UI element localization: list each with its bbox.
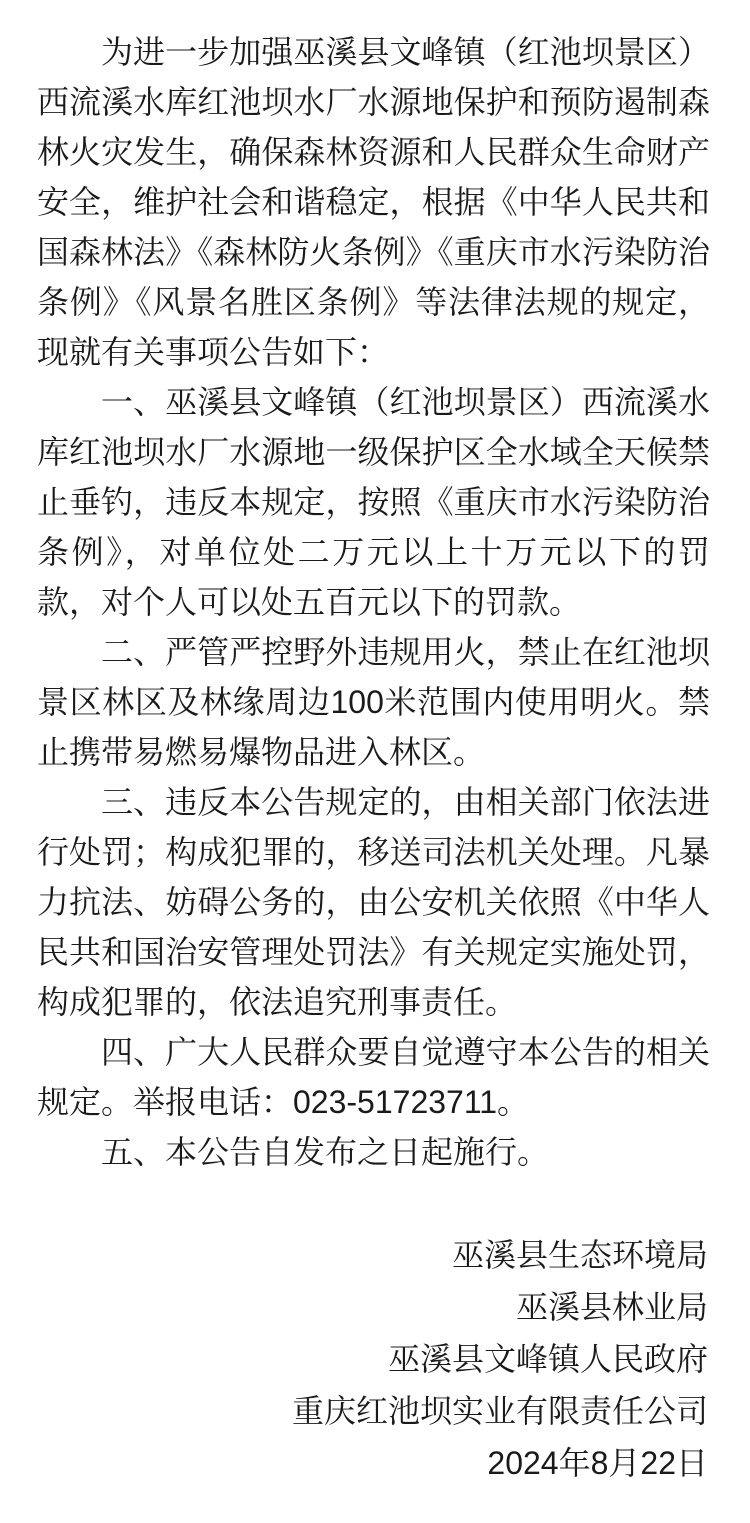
signature-line-forestry-bureau: 巫溪县林业局 xyxy=(37,1281,708,1333)
notice-item-4: 四、广大人民群众要自觉遵守本公告的相关规定。举报电话：023-51723711。 xyxy=(37,1027,710,1127)
notice-intro-paragraph: 为进一步加强巫溪县文峰镇（红池坝景区）西流溪水库红池坝水厂水源地保护和预防遏制森… xyxy=(37,27,710,377)
notice-item-5: 五、本公告自发布之日起施行。 xyxy=(37,1127,710,1177)
signature-block: 巫溪县生态环境局 巫溪县林业局 巫溪县文峰镇人民政府 重庆红池坝实业有限责任公司… xyxy=(37,1229,710,1489)
notice-document: 为进一步加强巫溪县文峰镇（红池坝景区）西流溪水库红池坝水厂水源地保护和预防遏制森… xyxy=(0,0,750,1523)
signature-line-town-government: 巫溪县文峰镇人民政府 xyxy=(37,1333,708,1385)
notice-item-1: 一、巫溪县文峰镇（红池坝景区）西流溪水库红池坝水厂水源地一级保护区全水域全天候禁… xyxy=(37,377,710,627)
signature-line-environment-bureau: 巫溪县生态环境局 xyxy=(37,1229,708,1281)
notice-body: 为进一步加强巫溪县文峰镇（红池坝景区）西流溪水库红池坝水厂水源地保护和预防遏制森… xyxy=(37,27,710,1177)
notice-date: 2024年8月22日 xyxy=(37,1437,708,1489)
signature-line-company: 重庆红池坝实业有限责任公司 xyxy=(37,1385,708,1437)
notice-item-2: 二、严管严控野外违规用火，禁止在红池坝景区林区及林缘周边100米范围内使用明火。… xyxy=(37,627,710,777)
notice-item-3: 三、违反本公告规定的，由相关部门依法进行处罚；构成犯罪的，移送司法机关处理。凡暴… xyxy=(37,777,710,1027)
